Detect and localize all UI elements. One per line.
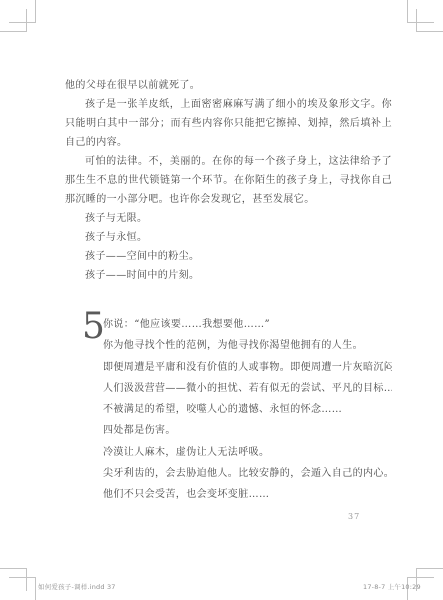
crop-mark-top-right-inner: [416, 9, 443, 32]
verse-line: 不被满足的希望，咬噬人心的遗憾、永恒的怀念……: [103, 399, 392, 420]
paragraph: 孩子是一张羊皮纸，上面密密麻麻写满了细小的埃及象形文字。你只能明白其中一部分；而…: [65, 95, 392, 152]
footer-slug-timestamp: 17-8-7 上午10:29: [363, 582, 421, 591]
verse-line: 你为他寻找个性的范例，为他寻找你渴望他拥有的人生。: [103, 335, 392, 356]
crop-mark-top-left-inner: [0, 9, 27, 32]
page-text-block: 他的父母在很早以前就死了。 孩子是一张羊皮纸，上面密密麻麻写满了细小的埃及象形文…: [65, 76, 392, 506]
section-5: 5 你说：“他应该要……我想要他……” 你为他寻找个性的范例，为他寻找你渴望他拥…: [65, 314, 392, 506]
verse-line: 四处都是伤害。: [103, 420, 392, 441]
paragraph: 可怕的法律。不，美丽的。在你的每一个孩子身上，这法律给予了那生生不息的世代锁链第…: [65, 152, 392, 209]
paragraph: 孩子与永恒。: [65, 228, 392, 247]
paragraph: 孩子——时间中的片刻。: [65, 266, 392, 285]
paragraph: 孩子与无限。: [65, 209, 392, 228]
verse-line: 人们汲汲营营——微小的担忧、若有似无的尝试、平凡的目标……: [103, 378, 392, 399]
page-number: 37: [348, 512, 360, 521]
paragraph: 孩子——空间中的粉尘。: [65, 247, 392, 266]
verse-line: 即便周遭是平庸和没有价值的人或事物。即便周遭一片灰暗沉闷。: [103, 357, 392, 378]
verse-line: 冷漠让人麻木，虚伪让人无法呼吸。: [103, 442, 392, 463]
verse-line: 他们不只会受苦，也会变坏变脏……: [103, 484, 392, 505]
verse-line: 你说：“他应该要……我想要他……”: [103, 314, 392, 335]
crop-mark-bottom-left-inner: [0, 568, 27, 591]
paragraph: 他的父母在很早以前就死了。: [65, 76, 392, 95]
verse-line: 尖牙利齿的，会去胁迫他人。比较安静的，会遁入自己的内心。: [103, 463, 392, 484]
footer-slug-filename: 如何爱孩子-调样.indd 37: [38, 582, 116, 591]
section-number: 5: [82, 308, 105, 346]
